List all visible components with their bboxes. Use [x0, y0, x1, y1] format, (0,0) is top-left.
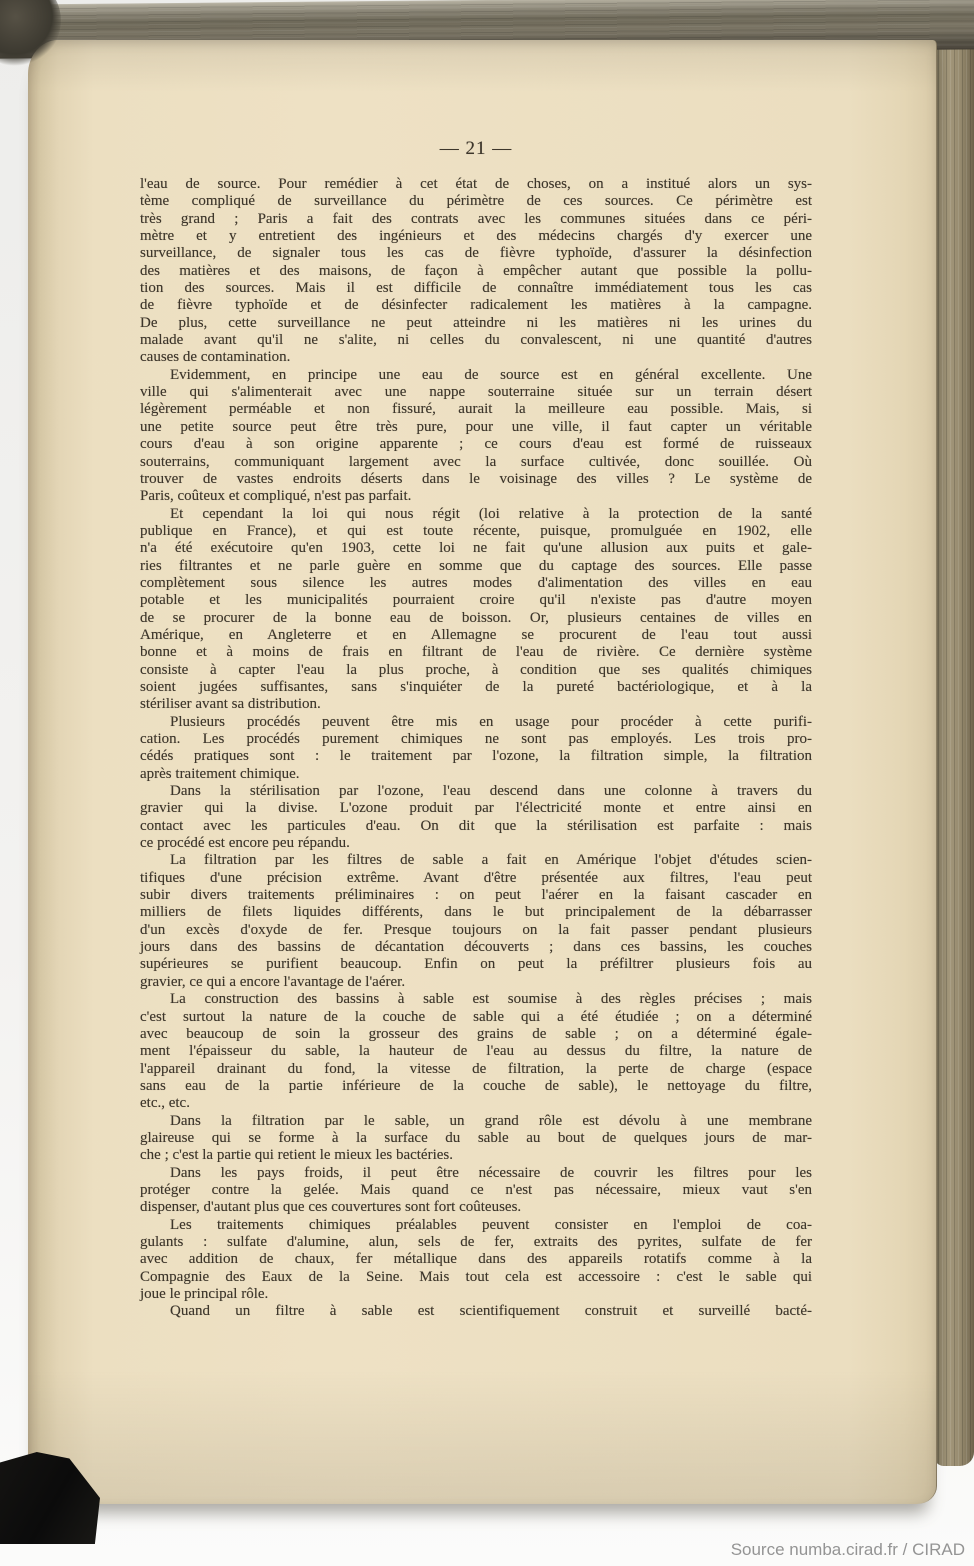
text-line: cours d'eau à son origine apparente ; ce…	[140, 436, 812, 453]
paragraph: Dans la filtration par le sable, un gran…	[140, 1113, 812, 1165]
text-line: ries filtrantes et ne parle guère en som…	[140, 558, 812, 575]
text-line: gravier qui la divise. L'ozone produit p…	[140, 800, 812, 817]
text-line: stériliser avant sa distribution.	[140, 696, 812, 713]
text-line: publique en France), et qui est toute ré…	[140, 523, 812, 540]
text-line: supérieures se purifient beaucoup. Enfin…	[140, 956, 812, 973]
text-line: bonne et à moins de frais en filtrant de…	[140, 644, 812, 661]
text-line: ce procédé est encore peu répandu.	[140, 835, 812, 852]
text-line: gravier, ce qui a encore l'avantage de l…	[140, 974, 812, 991]
text-line: très grand ; Paris a fait des contrats a…	[140, 211, 812, 228]
text-line: Quand un filtre à sable est scientifique…	[140, 1303, 812, 1320]
text-line: contact avec les particules d'eau. On di…	[140, 818, 812, 835]
text-line: cation. Les procédés purement chimiques …	[140, 731, 812, 748]
text-line: Evidemment, en principe une eau de sourc…	[140, 367, 812, 384]
text-line: Et cependant la loi qui nous régit (loi …	[140, 506, 812, 523]
text-line: milliers de filets liquides différents, …	[140, 904, 812, 921]
paragraph: Et cependant la loi qui nous régit (loi …	[140, 506, 812, 714]
paragraph: Plusieurs procédés peuvent être mis en u…	[140, 714, 812, 783]
text-line: che ; c'est la partie qui retient le mie…	[140, 1147, 812, 1164]
text-line: surveillance, de signaler tous les cas d…	[140, 245, 812, 262]
text-line: l'eau de source. Pour remédier à cet éta…	[140, 176, 812, 193]
paragraph: Dans les pays froids, il peut être néces…	[140, 1165, 812, 1217]
text-line: d'un excès d'oxyde de fer. Presque toujo…	[140, 922, 812, 939]
text-line: Dans la stérilisation par l'ozone, l'eau…	[140, 783, 812, 800]
text-line: avec beaucoup de soin la grosseur des gr…	[140, 1026, 812, 1043]
text-line: La filtration par les filtres de sable a…	[140, 852, 812, 869]
text-line: de se procurer de la bonne eau de boisso…	[140, 610, 812, 627]
paragraph: Les traitements chimiques préalables peu…	[140, 1217, 812, 1304]
text-line: Amérique, en Angleterre et en Allemagne …	[140, 627, 812, 644]
paragraph: l'eau de source. Pour remédier à cet éta…	[140, 176, 812, 367]
source-watermark: Source numba.cirad.fr / CIRAD	[731, 1540, 965, 1560]
text-line: soient jugées suffisantes, sans s'inquié…	[140, 679, 812, 696]
text-line: Dans la filtration par le sable, un gran…	[140, 1113, 812, 1130]
text-line: n'a été exécutoire qu'en 1903, cette loi…	[140, 540, 812, 557]
text-line: De plus, cette surveillance ne peut atte…	[140, 315, 812, 332]
paragraph: Evidemment, en principe une eau de sourc…	[140, 367, 812, 506]
text-line: tion des sources. Mais il est difficile …	[140, 280, 812, 297]
text-line: subir divers traitements préliminaires :…	[140, 887, 812, 904]
text-line: ment l'épaisseur du sable, la hauteur de…	[140, 1043, 812, 1060]
text-line: Paris, coûteux et compliqué, n'est pas p…	[140, 488, 812, 505]
paragraph: Quand un filtre à sable est scientifique…	[140, 1303, 812, 1320]
book-right-page-stack	[934, 26, 974, 1466]
text-line: souterrains, communiquant largement avec…	[140, 454, 812, 471]
text-line: Plusieurs procédés peuvent être mis en u…	[140, 714, 812, 731]
text-line: trouver de vastes endroits déserts dans …	[140, 471, 812, 488]
text-line: jours dans des bassins de décantation dé…	[140, 939, 812, 956]
text-line: potable et les municipalités pourraient …	[140, 592, 812, 609]
text-line: Dans les pays froids, il peut être néces…	[140, 1165, 812, 1182]
text-line: tifiques d'une précision extrême. Avant …	[140, 870, 812, 887]
text-line: Les traitements chimiques préalables peu…	[140, 1217, 812, 1234]
book-scan: — 21 — l'eau de source. Pour remédier à …	[0, 0, 974, 1566]
text-line: gulants : sulfate d'alumine, alun, sels …	[140, 1234, 812, 1251]
text-line: une petite source peut être très pure, p…	[140, 419, 812, 436]
text-line: après traitement chimique.	[140, 766, 812, 783]
text-line: c'est surtout la nature de la couche de …	[140, 1009, 812, 1026]
text-line: tème compliqué de surveillance du périmè…	[140, 193, 812, 210]
text-line: de fièvre typhoïde et de désinfecter rad…	[140, 297, 812, 314]
text-line: malade avant qu'il ne s'alite, ni celles…	[140, 332, 812, 349]
page-number: — 21 —	[140, 138, 812, 160]
text-line: avec addition de chaux, fer métallique d…	[140, 1251, 812, 1268]
text-line: des matières et des maisons, de façon à …	[140, 263, 812, 280]
text-line: mètre et y entretient des ingénieurs et …	[140, 228, 812, 245]
text-line: consiste à capter l'eau la plus proche, …	[140, 662, 812, 679]
text-line: sans eau de la partie inférieure de la c…	[140, 1078, 812, 1095]
text-line: ville qui s'alimenterait avec une nappe …	[140, 384, 812, 401]
paragraph: Dans la stérilisation par l'ozone, l'eau…	[140, 783, 812, 852]
text-line: Compagnie des Eaux de la Seine. Mais tou…	[140, 1269, 812, 1286]
text-line: complètement sous silence les autres mod…	[140, 575, 812, 592]
text-line: légèrement perméable et non fissuré, aur…	[140, 401, 812, 418]
text-line: causes de contamination.	[140, 349, 812, 366]
text-line: dispenser, d'autant plus que ces couvert…	[140, 1199, 812, 1216]
text-line: cédés pratiques sont : le traitement par…	[140, 748, 812, 765]
text-line: protéger contre la gelée. Mais quand ce …	[140, 1182, 812, 1199]
text-line: glaireuse qui se forme à la surface du s…	[140, 1130, 812, 1147]
text-line: l'appareil drainant du fond, la vitesse …	[140, 1061, 812, 1078]
text-line: etc., etc.	[140, 1095, 812, 1112]
paragraph: La construction des bassins à sable est …	[140, 991, 812, 1112]
text-line: joue le principal rôle.	[140, 1286, 812, 1303]
body-text: l'eau de source. Pour remédier à cet éta…	[140, 176, 812, 1321]
text-line: La construction des bassins à sable est …	[140, 991, 812, 1008]
paragraph: La filtration par les filtres de sable a…	[140, 852, 812, 991]
